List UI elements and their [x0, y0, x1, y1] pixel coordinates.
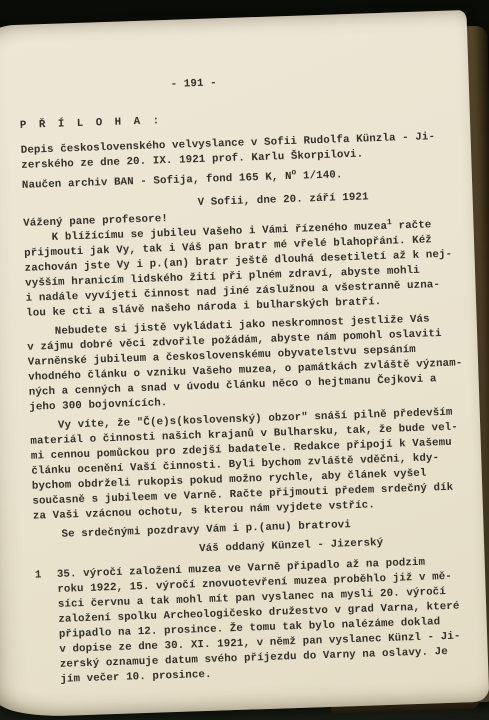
- attachment-heading: P Ř Í L O H A :: [20, 104, 456, 133]
- footnote-text: 35. výročí založení muzea ve Varně připa…: [57, 555, 462, 688]
- footnote: 1 35. výročí založení muzea ve Varně při…: [35, 554, 475, 688]
- paragraph-3-body: materiál o činnosti našich krajanů v Bul…: [30, 420, 469, 524]
- paragraph-1-text-after-ref: račte: [392, 219, 432, 232]
- document-page: - 191 - P Ř Í L O H A : Depis českoslove…: [0, 10, 489, 718]
- scanned-book-photo: - 191 - P Ř Í L O H A : Depis českoslove…: [0, 0, 489, 720]
- archive-reference-number: 1/140.: [296, 169, 342, 183]
- paragraph-3: Vy víte, že "Č(e)s(koslovenský) obzor" s…: [30, 405, 469, 524]
- paragraph-1: K blížícímu se jubileu Vašeho i Vámi říz…: [24, 217, 463, 321]
- paragraph-1-body: přijmouti jak Vy, tak i Váš pan bratr mé…: [24, 232, 462, 321]
- paragraph-2-body: v zájmu dobré věci zdvořile požádám, aby…: [27, 326, 465, 415]
- page-number: - 191 -: [170, 68, 454, 92]
- archive-reference-text: Naučen archiv BAN - Sofija, fond 165 K, …: [22, 171, 292, 192]
- typewritten-letter: - 191 - P Ř Í L O H A : Depis českoslove…: [0, 10, 489, 718]
- paragraph-2: Nebudete si jistě vykládati jako neskrom…: [27, 311, 466, 415]
